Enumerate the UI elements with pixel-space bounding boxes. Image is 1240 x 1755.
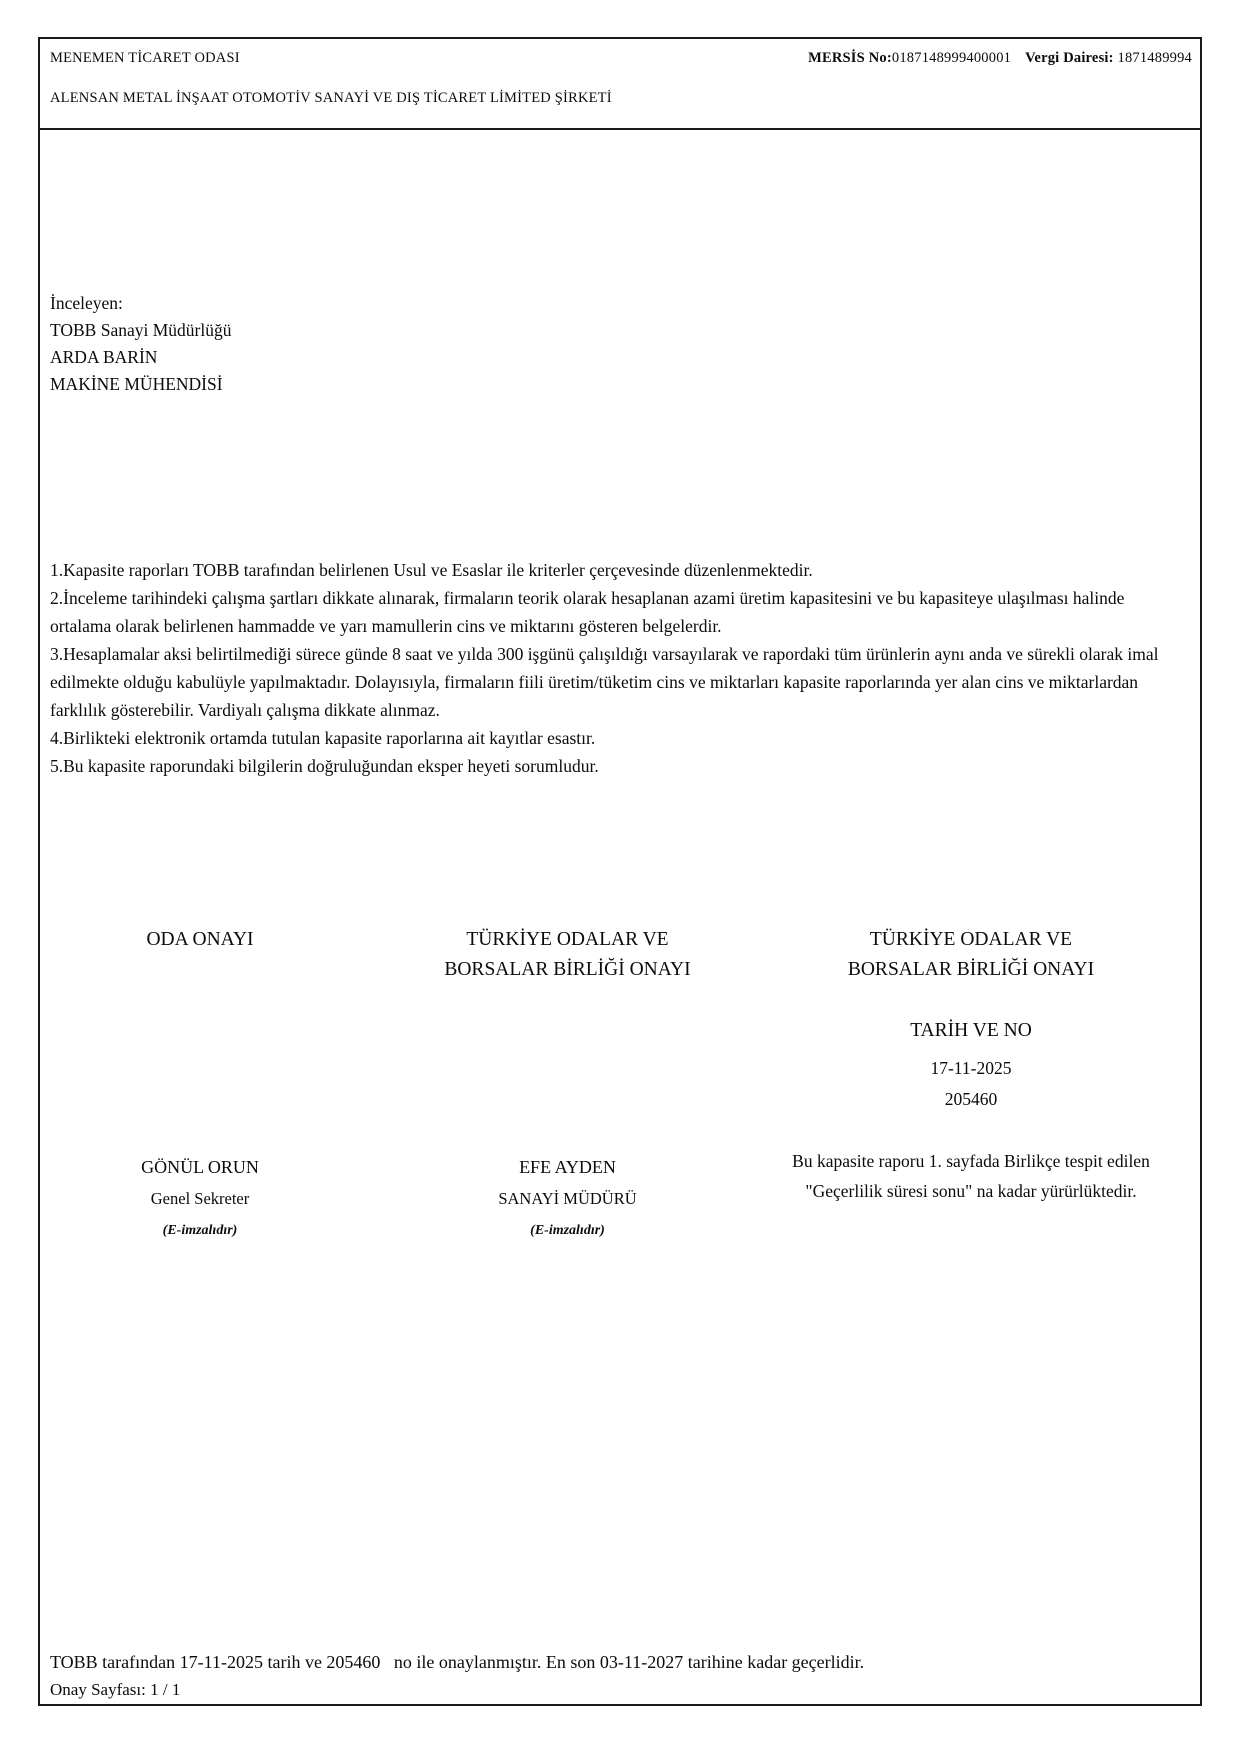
note-item-2: 2.İnceleme tarihindeki çalışma şartları … xyxy=(50,584,1166,640)
tobb-signature-block: EFE AYDEN SANAYİ MÜDÜRÜ (E-imzalıdır) xyxy=(395,1152,740,1243)
tobb-title-line2: BORSALAR BİRLİĞİ ONAYI xyxy=(395,955,740,985)
reviewer-label: İnceleyen: xyxy=(50,290,232,317)
tobb-title-line1: TÜRKİYE ODALAR VE xyxy=(775,925,1167,955)
tobb-signer-name: EFE AYDEN xyxy=(395,1152,740,1182)
company-name: ALENSAN METAL İNŞAAT OTOMOTİV SANAYİ VE … xyxy=(50,90,1192,107)
chamber-signer-title: Genel Sekreter xyxy=(50,1185,350,1213)
chamber-e-signature-note: (E-imzalıdır) xyxy=(50,1219,350,1243)
note-item-1: 1.Kapasite raporları TOBB tarafından bel… xyxy=(50,556,1166,584)
chamber-approval-label: ODA ONAYI xyxy=(50,925,350,955)
footer-block: TOBB tarafından 17-11-2025 tarih ve 2054… xyxy=(50,1648,1190,1703)
approval-number: 205460 xyxy=(775,1086,1167,1112)
chamber-signer-name: GÖNÜL ORUN xyxy=(50,1152,350,1182)
reviewer-name: ARDA BARİN xyxy=(50,344,232,371)
notes-list: 1.Kapasite raporları TOBB tarafından bel… xyxy=(50,556,1166,780)
page-border-frame xyxy=(38,37,1202,1706)
reviewer-block: İnceleyen: TOBB Sanayi Müdürlüğü ARDA BA… xyxy=(50,290,232,398)
registry-info: MERSİS No:0187148999400001Vergi Dairesi:… xyxy=(808,50,1192,67)
date-number-label: TARİH VE NO xyxy=(775,1016,1167,1046)
tobb-title-line2: BORSALAR BİRLİĞİ ONAYI xyxy=(775,955,1167,985)
chamber-approval-title: ODA ONAYI xyxy=(50,925,350,955)
tobb-e-signature-note: (E-imzalıdır) xyxy=(395,1219,740,1243)
tax-office-value: 1871489994 xyxy=(1114,50,1192,66)
reviewer-title: MAKİNE MÜHENDİSİ xyxy=(50,371,232,398)
tobb-approval-title-right: TÜRKİYE ODALAR VE BORSALAR BİRLİĞİ ONAYI xyxy=(775,925,1167,985)
note-item-5: 5.Bu kapasite raporundaki bilgilerin doğ… xyxy=(50,752,1166,780)
tobb-signer-title: SANAYİ MÜDÜRÜ xyxy=(395,1185,740,1213)
reviewer-department: TOBB Sanayi Müdürlüğü xyxy=(50,317,232,344)
tobb-title-line1: TÜRKİYE ODALAR VE xyxy=(395,925,740,955)
note-item-3: 3.Hesaplamalar aksi belirtilmediği sürec… xyxy=(50,640,1166,724)
header-divider-line xyxy=(38,128,1202,130)
approval-date: 17-11-2025 xyxy=(775,1055,1167,1081)
mersis-value: 0187148999400001 xyxy=(892,50,1011,66)
chamber-signature-block: GÖNÜL ORUN Genel Sekreter (E-imzalıdır) xyxy=(50,1152,350,1243)
tobb-approval-title-center: TÜRKİYE ODALAR VE BORSALAR BİRLİĞİ ONAYI xyxy=(395,925,740,985)
approval-page: MENEMEN TİCARET ODASI MERSİS No:01871489… xyxy=(0,0,1240,1755)
note-item-4: 4.Birlikteki elektronik ortamda tutulan … xyxy=(50,724,1166,752)
date-number-block: TARİH VE NO 17-11-2025 205460 xyxy=(775,1016,1167,1112)
chamber-name: MENEMEN TİCARET ODASI xyxy=(50,50,240,67)
mersis-label: MERSİS No: xyxy=(808,50,892,66)
footer-approval-line: TOBB tarafından 17-11-2025 tarih ve 2054… xyxy=(50,1648,1190,1676)
tax-office-label: Vergi Dairesi: xyxy=(1025,50,1114,66)
document-header-row: MENEMEN TİCARET ODASI MERSİS No:01871489… xyxy=(50,50,1192,67)
footer-page-label: Onay Sayfası: 1 / 1 xyxy=(50,1676,1190,1703)
validity-note: Bu kapasite raporu 1. sayfada Birlikçe t… xyxy=(775,1146,1167,1206)
